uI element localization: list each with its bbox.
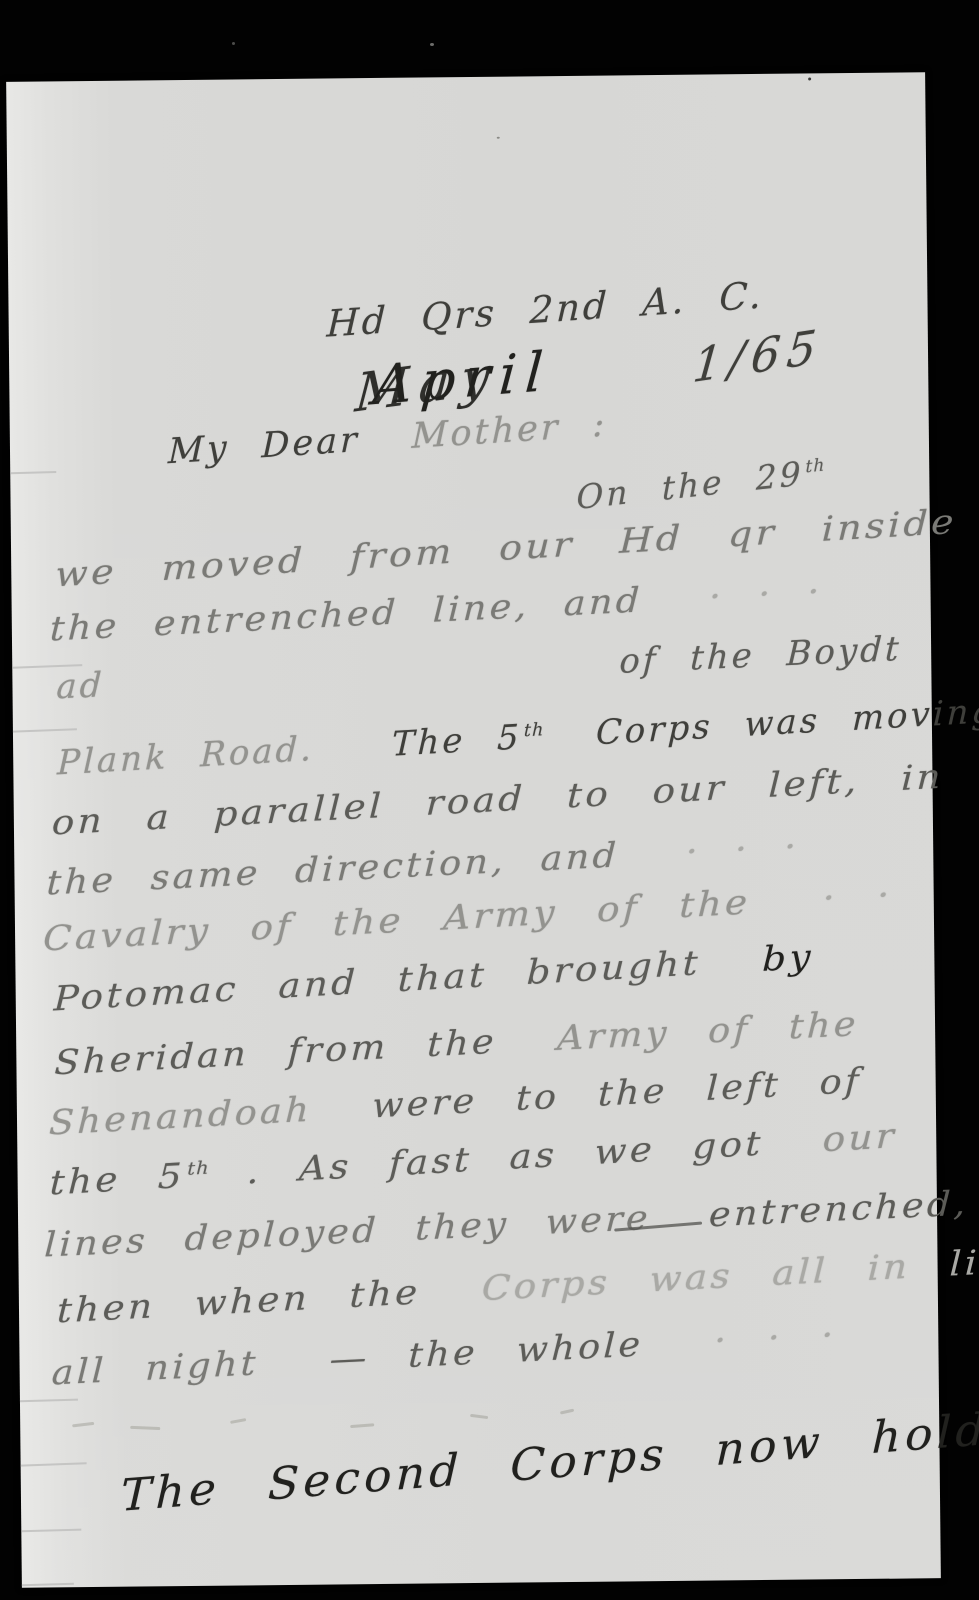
page-edge-artifact bbox=[21, 1529, 81, 1533]
line-text: On the 29 bbox=[576, 454, 803, 517]
line-text: The 5 bbox=[391, 717, 522, 764]
superscript: th bbox=[524, 720, 545, 741]
letter-page: Hd Qrs 2nd A. C. April May 1/65 My Dear … bbox=[6, 72, 941, 1588]
line-text: — the whole bbox=[329, 1324, 644, 1379]
scan-dust-speck bbox=[430, 43, 434, 46]
faded-ink-residue bbox=[72, 1422, 94, 1428]
page-edge-artifact bbox=[22, 1583, 74, 1586]
salutation-clear-part: My Dear bbox=[168, 420, 361, 472]
faded-ink-residue bbox=[130, 1426, 160, 1430]
page-edge-artifact bbox=[20, 1399, 78, 1403]
line-text: of the Boydt bbox=[619, 629, 903, 682]
ink-speck bbox=[497, 137, 500, 139]
line-faded-tail: · · bbox=[822, 875, 893, 919]
handwriting-line: The Second Corps now holds bbox=[120, 1402, 979, 1522]
line-text: . As fast as we got bbox=[246, 1123, 764, 1192]
handwriting-line: all night — the whole · · · bbox=[51, 1315, 837, 1393]
line-text: the 5 bbox=[49, 1156, 185, 1204]
line-faded-tail: · · · bbox=[685, 827, 800, 873]
line-text: then when the bbox=[56, 1272, 421, 1331]
superscript: th bbox=[187, 1158, 210, 1179]
page-edge-artifact bbox=[13, 728, 77, 732]
line-text: Potomac and that brought bbox=[53, 943, 701, 1019]
date-year-text: 1/65 bbox=[691, 318, 826, 393]
line-faded-start: Shenandoah bbox=[48, 1090, 312, 1144]
faded-ink-residue bbox=[350, 1423, 374, 1428]
line-faded-tail: Corps was all in line, bbox=[481, 1239, 979, 1309]
page-edge-artifact bbox=[21, 1462, 87, 1466]
line-text: The Second Corps now holds bbox=[120, 1402, 979, 1522]
line-text: entrenched, bbox=[708, 1183, 969, 1235]
faded-ink-residue bbox=[230, 1418, 246, 1424]
line-faded-start: Plank Road. bbox=[57, 729, 315, 783]
faded-ink-residue bbox=[560, 1409, 574, 1415]
line-text: ad bbox=[56, 665, 106, 707]
line-text: Corps was moving bbox=[595, 691, 979, 754]
line-faded-tail: · · · bbox=[708, 572, 823, 618]
line-faded-tail: our bbox=[822, 1116, 898, 1160]
faded-ink-residue bbox=[470, 1414, 488, 1419]
line-text: Sheridan from the bbox=[54, 1022, 498, 1084]
line-text: all night bbox=[51, 1343, 260, 1393]
line-faded-tail: Army of the bbox=[556, 1004, 859, 1059]
page-edge-artifact bbox=[10, 471, 56, 474]
line-faded-tail: · · · bbox=[714, 1315, 837, 1361]
line-text: lines deployed they were bbox=[43, 1198, 651, 1266]
line-text: by bbox=[762, 937, 815, 980]
heading-text: Hd Qrs 2nd A. C. bbox=[326, 273, 765, 345]
scan-dust-speck bbox=[232, 42, 235, 45]
ink-speck bbox=[808, 77, 811, 80]
scan-background: Hd Qrs 2nd A. C. April May 1/65 My Dear … bbox=[0, 0, 979, 1600]
line-text: the entrenched line, and bbox=[49, 580, 643, 649]
line-text: were to the left of bbox=[371, 1061, 862, 1127]
superscript: th bbox=[806, 455, 826, 477]
letter-heading: Hd Qrs 2nd A. C. bbox=[326, 273, 765, 345]
handwriting-line: On the 29th bbox=[576, 451, 825, 517]
